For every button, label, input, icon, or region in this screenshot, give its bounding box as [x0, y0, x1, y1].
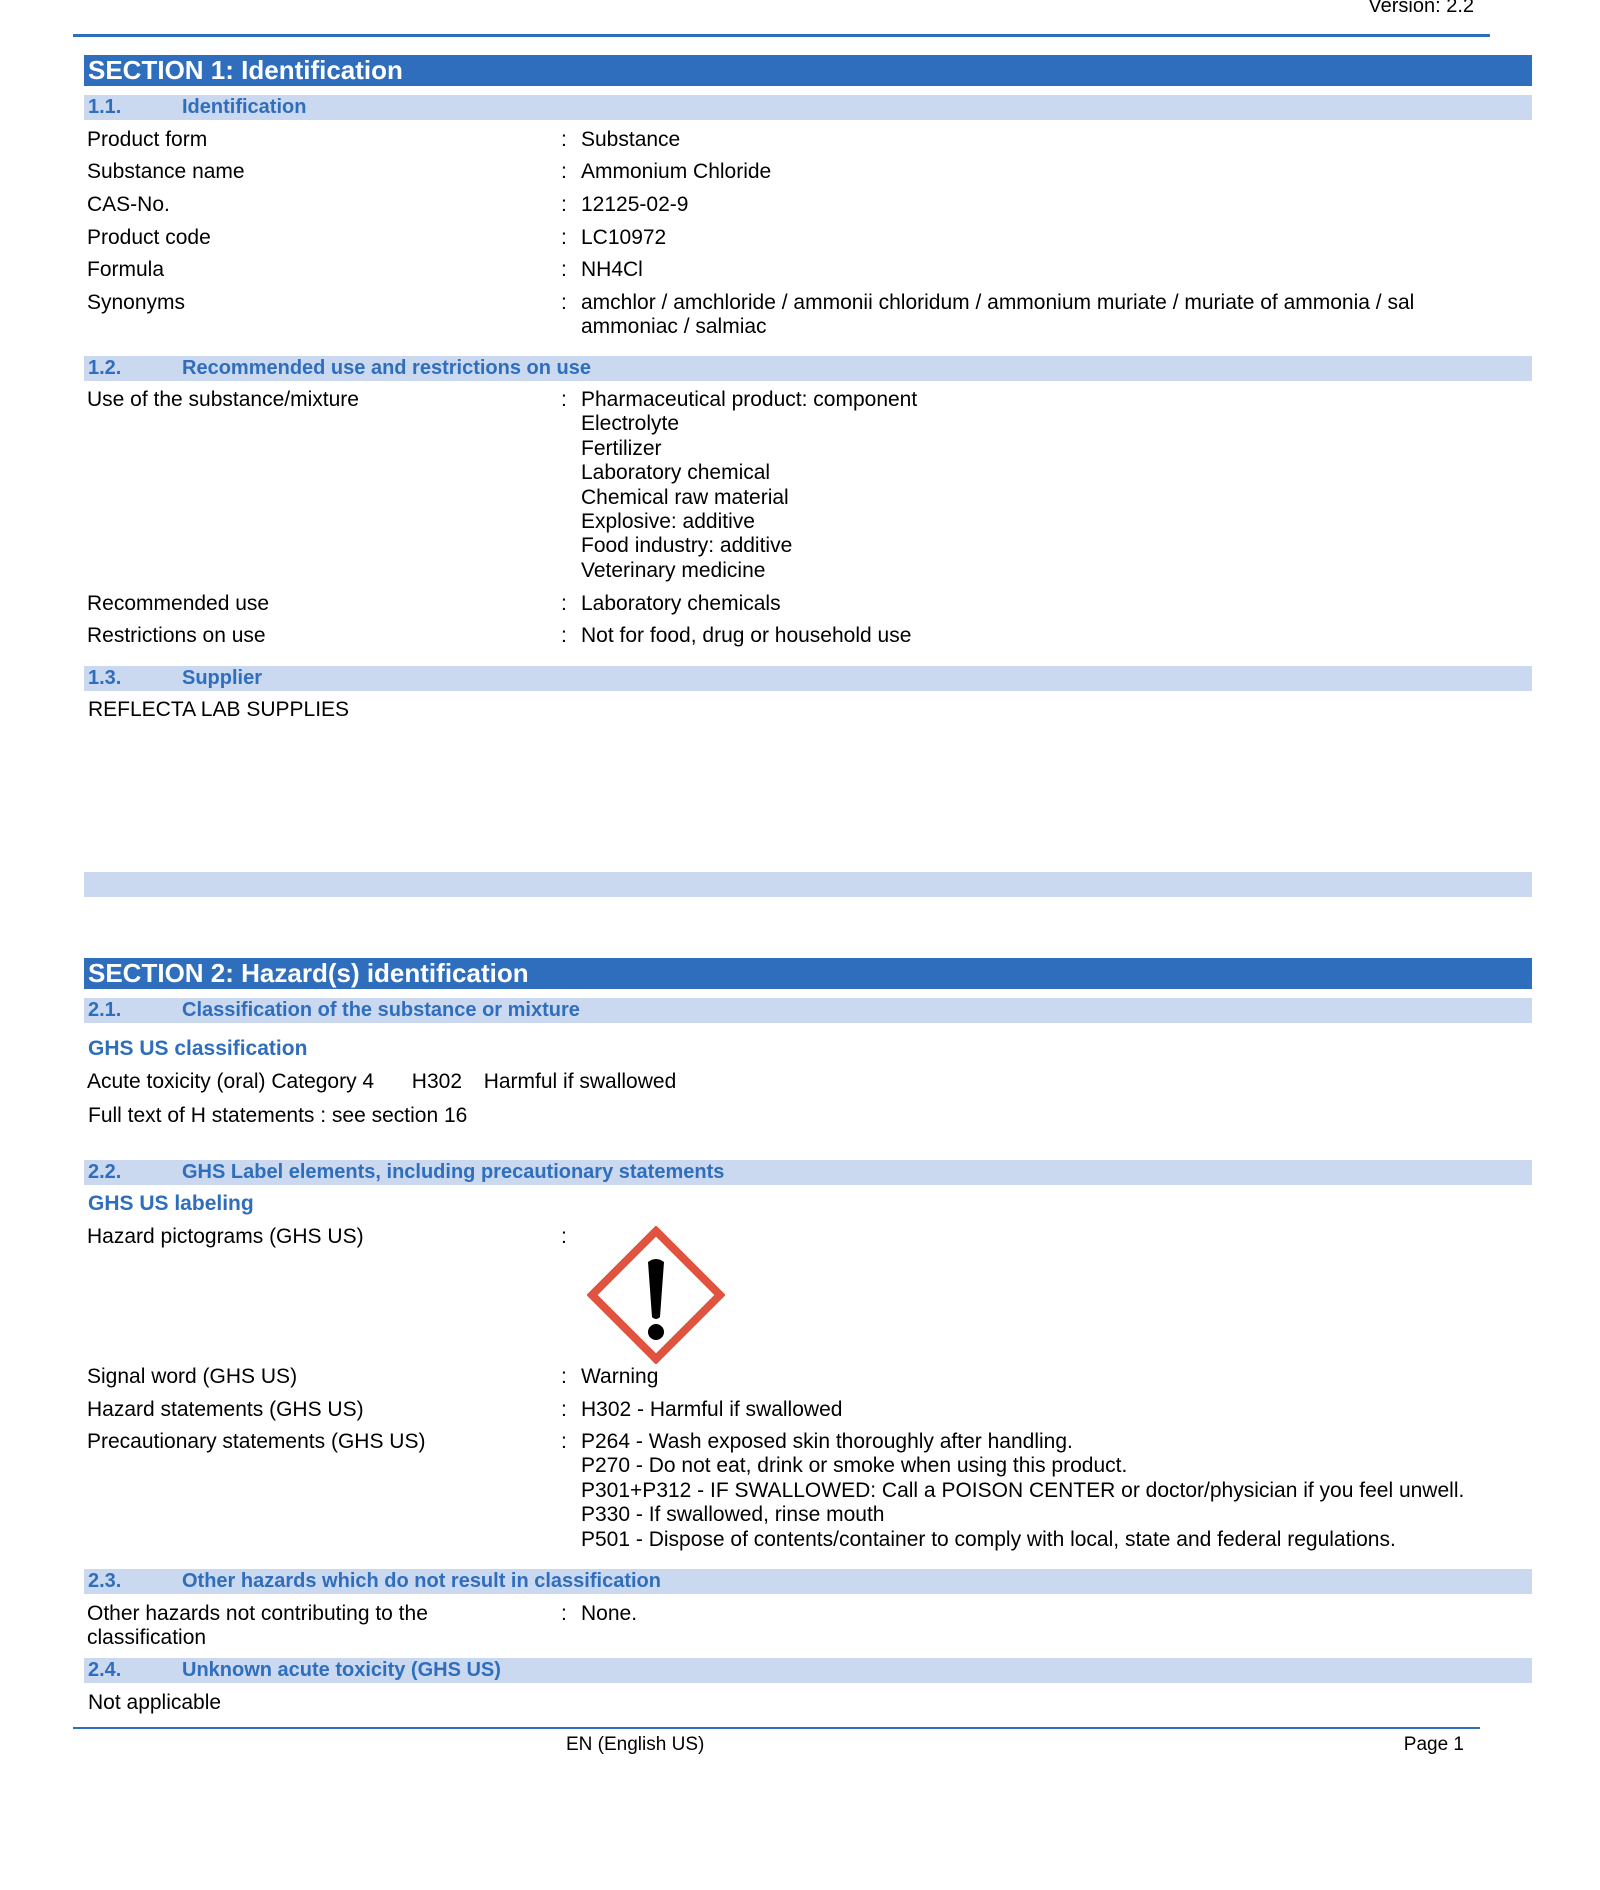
exclamation-mark-diamond-icon — [587, 1226, 725, 1364]
subsection-number: 2.1. — [88, 998, 121, 1023]
ghs-labeling-heading: GHS US labeling — [88, 1192, 254, 1216]
synonyms-value-line-1: amchlor / amchloride / ammonii chloridum… — [581, 291, 1414, 315]
other-hazards-label-line-1: Other hazards not contributing to the — [87, 1602, 428, 1626]
subsection-2-4-header: 2.4. Unknown acute toxicity (GHS US) — [84, 1658, 1532, 1683]
signal-word-label: Signal word (GHS US) — [87, 1365, 297, 1389]
substance-name-value: Ammonium Chloride — [581, 160, 771, 184]
cas-no-label: CAS-No. — [87, 193, 170, 217]
version-label: Version: 2.2 — [1368, 0, 1474, 18]
product-form-value: Substance — [581, 128, 680, 152]
use-item: Electrolyte — [581, 412, 917, 436]
use-item: Explosive: additive — [581, 510, 917, 534]
precaution-item: P264 - Wash exposed skin thoroughly afte… — [581, 1430, 1464, 1454]
subsection-2-3-header: 2.3. Other hazards which do not result i… — [84, 1569, 1532, 1594]
use-item: Food industry: additive — [581, 534, 917, 558]
subsection-number: 2.2. — [88, 1160, 121, 1185]
unknown-toxicity-value: Not applicable — [88, 1691, 221, 1715]
subsection-number: 1.3. — [88, 666, 121, 691]
header-divider — [73, 34, 1490, 37]
footer-divider — [73, 1727, 1480, 1729]
precaution-item: P301+P312 - IF SWALLOWED: Call a POISON … — [581, 1479, 1464, 1503]
supplier-name: REFLECTA LAB SUPPLIES — [88, 698, 349, 722]
separator: : — [561, 592, 567, 616]
recommended-use-label: Recommended use — [87, 592, 269, 616]
use-item: Laboratory chemical — [581, 461, 917, 485]
subsection-number: 2.3. — [88, 1569, 121, 1594]
separator: : — [561, 1398, 567, 1422]
product-code-value: LC10972 — [581, 226, 666, 250]
full-text-note: Full text of H statements : see section … — [88, 1104, 467, 1128]
hazard-statements-value: H302 - Harmful if swallowed — [581, 1398, 842, 1422]
pictograms-label: Hazard pictograms (GHS US) — [87, 1225, 364, 1249]
section-1-header: SECTION 1: Identification — [84, 55, 1532, 86]
use-item: Chemical raw material — [581, 486, 917, 510]
separator: : — [561, 128, 567, 152]
section-2-header: SECTION 2: Hazard(s) identification — [84, 958, 1532, 989]
recommended-use-value: Laboratory chemicals — [581, 592, 781, 616]
separator: : — [561, 1602, 567, 1626]
footer-language: EN (English US) — [566, 1733, 704, 1757]
separator: : — [561, 193, 567, 217]
subsection-2-1-header: 2.1. Classification of the substance or … — [84, 998, 1532, 1023]
subsection-title: Other hazards which do not result in cla… — [182, 1569, 661, 1594]
separator: : — [561, 624, 567, 648]
precaution-item: P270 - Do not eat, drink or smoke when u… — [581, 1454, 1464, 1478]
footer-page-number: Page 1 — [1404, 1733, 1464, 1757]
separator: : — [561, 1225, 567, 1249]
other-hazards-label-line-2: classification — [87, 1626, 206, 1650]
signal-word-value: Warning — [581, 1365, 658, 1389]
subsection-title: GHS Label elements, including precaution… — [182, 1160, 724, 1185]
subsection-title: Classification of the substance or mixtu… — [182, 998, 580, 1023]
section-2-title: SECTION 2: Hazard(s) identification — [88, 958, 529, 988]
use-item: Veterinary medicine — [581, 559, 917, 583]
other-hazards-value: None. — [581, 1602, 637, 1626]
restrictions-value: Not for food, drug or household use — [581, 624, 911, 648]
cas-no-value: 12125-02-9 — [581, 193, 688, 217]
precaution-item: P330 - If swallowed, rinse mouth — [581, 1503, 1464, 1527]
subsection-1-1-header: 1.1. Identification — [84, 95, 1532, 120]
uses-list: Pharmaceutical product: component Electr… — [581, 388, 917, 583]
subsection-number: 2.4. — [88, 1658, 121, 1683]
subsection-number: 1.1. — [88, 95, 121, 120]
classification-category: Acute toxicity (oral) Category 4 — [87, 1070, 374, 1093]
subsection-title: Recommended use and restrictions on use — [182, 356, 591, 381]
precautionary-list: P264 - Wash exposed skin thoroughly afte… — [581, 1430, 1464, 1552]
substance-name-label: Substance name — [87, 160, 245, 184]
use-of-substance-label: Use of the substance/mixture — [87, 388, 359, 412]
subsection-number: 1.2. — [88, 356, 121, 381]
synonyms-label: Synonyms — [87, 291, 185, 315]
hazard-code: H302 — [412, 1070, 462, 1093]
formula-value: NH4Cl — [581, 258, 643, 282]
separator: : — [561, 160, 567, 184]
hazard-text: Harmful if swallowed — [484, 1070, 677, 1093]
separator: : — [561, 291, 567, 315]
subsection-title: Unknown acute toxicity (GHS US) — [182, 1658, 501, 1683]
subsection-title: Identification — [182, 95, 306, 120]
separator: : — [561, 1430, 567, 1454]
separator: : — [561, 258, 567, 282]
formula-label: Formula — [87, 258, 164, 282]
hazard-statements-label: Hazard statements (GHS US) — [87, 1398, 364, 1422]
section-1-title: SECTION 1: Identification — [88, 55, 403, 85]
precaution-item: P501 - Dispose of contents/container to … — [581, 1528, 1464, 1552]
subsection-2-2-header: 2.2. GHS Label elements, including preca… — [84, 1160, 1532, 1185]
product-form-label: Product form — [87, 128, 207, 152]
separator: : — [561, 1365, 567, 1389]
empty-band — [84, 872, 1532, 897]
use-item: Fertilizer — [581, 437, 917, 461]
synonyms-value-line-2: ammoniac / salmiac — [581, 315, 767, 339]
ghs-classification-heading: GHS US classification — [88, 1037, 307, 1061]
use-item: Pharmaceutical product: component — [581, 388, 917, 412]
restrictions-label: Restrictions on use — [87, 624, 266, 648]
subsection-1-3-header: 1.3. Supplier — [84, 666, 1532, 691]
product-code-label: Product code — [87, 226, 211, 250]
separator: : — [561, 388, 567, 412]
precautionary-label: Precautionary statements (GHS US) — [87, 1430, 425, 1454]
subsection-title: Supplier — [182, 666, 262, 691]
classification-row: Acute toxicity (oral) Category 4 H302 Ha… — [87, 1070, 676, 1094]
separator: : — [561, 226, 567, 250]
subsection-1-2-header: 1.2. Recommended use and restrictions on… — [84, 356, 1532, 381]
